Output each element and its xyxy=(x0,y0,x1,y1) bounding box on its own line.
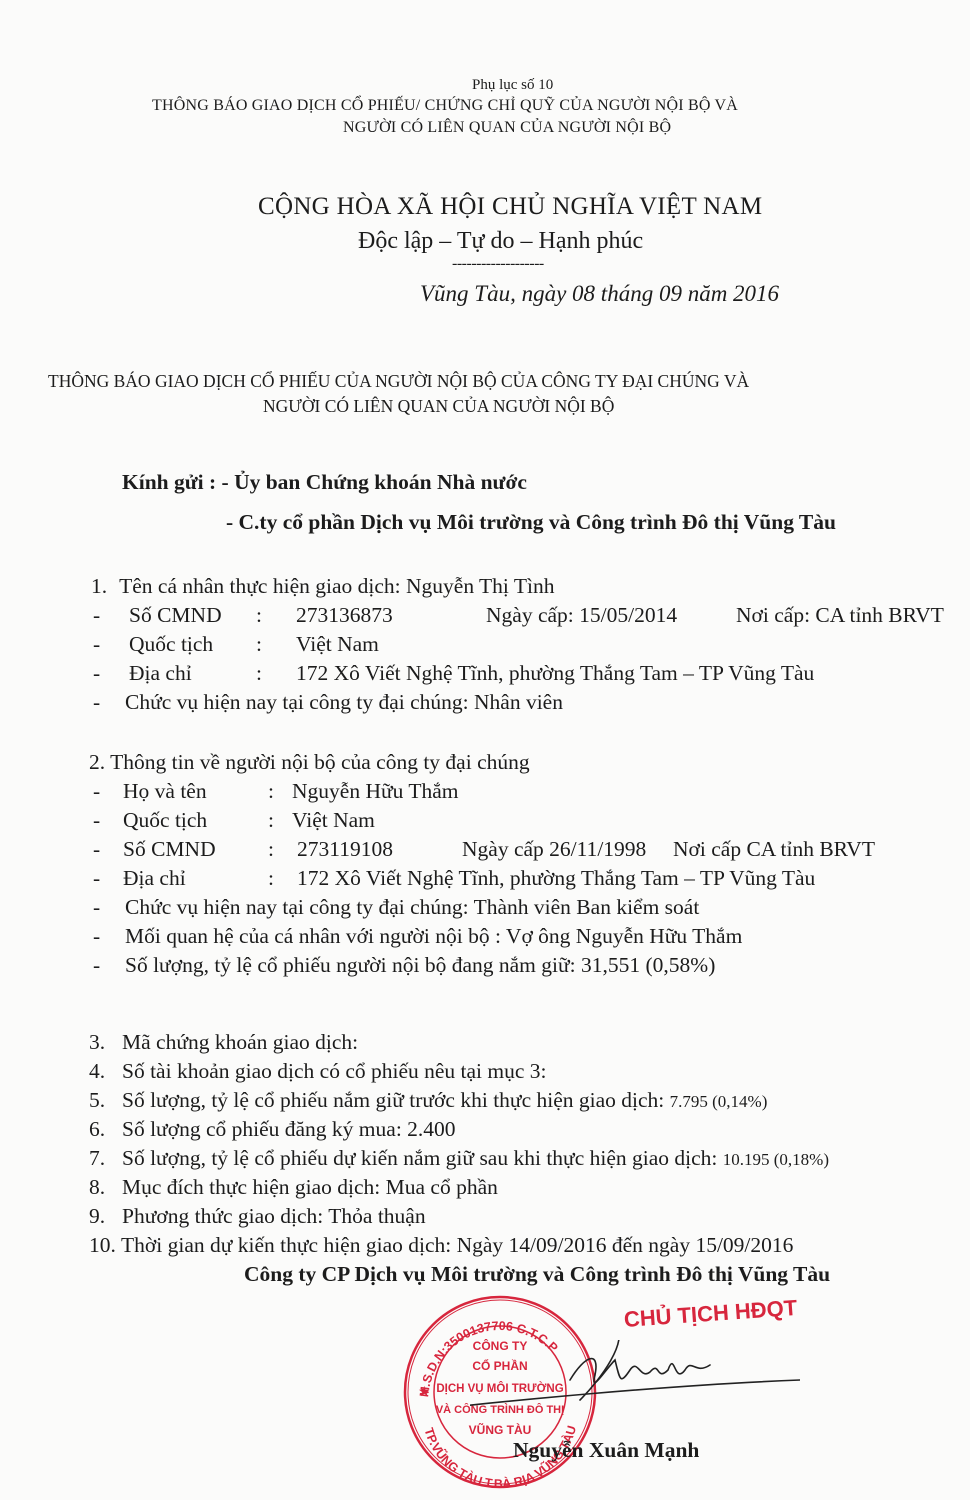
item-text: Số lượng, tỷ lệ cổ phiếu dự kiến nắm giữ… xyxy=(122,1146,723,1170)
insider-holding: Số lượng, tỷ lệ cổ phiếu người nội bộ đa… xyxy=(125,953,715,977)
notice-title-line1: THÔNG BÁO GIAO DỊCH CỔ PHIẾU/ CHỨNG CHỈ … xyxy=(152,95,738,117)
section2-position-row: -Chức vụ hiện nay tại công ty đại chúng:… xyxy=(93,895,699,920)
item-number: 7. xyxy=(89,1146,122,1171)
section1-id-row: -Số CMND:273136873Ngày cấp: 15/05/2014Nơ… xyxy=(93,603,944,628)
insider-position: Chức vụ hiện nay tại công ty đại chúng: … xyxy=(125,895,699,919)
transaction-item: 8.Mục đích thực hiện giao dịch: Mua cổ p… xyxy=(89,1175,498,1200)
section2-nationality-row: -Quốc tịch:Việt Nam xyxy=(93,808,375,833)
recipient-label: Kính gửi : xyxy=(122,470,222,494)
position-value: Chức vụ hiện nay tại công ty đại chúng: … xyxy=(125,690,563,714)
item-number: 4. xyxy=(89,1059,122,1084)
signer-name: Nguyễn Xuân Mạnh xyxy=(513,1438,699,1463)
item-value: 7.795 (0,14%) xyxy=(670,1092,768,1111)
item-text: Mục đích thực hiện giao dịch: Mua cổ phầ… xyxy=(122,1175,498,1199)
item-text: Số lượng, tỷ lệ cổ phiếu nắm giữ trước k… xyxy=(122,1088,670,1112)
item-number: 3. xyxy=(89,1030,122,1055)
recipient-2: - C.ty cổ phần Dịch vụ Môi trường và Côn… xyxy=(226,510,836,535)
id-issue-date: Ngày cấp: 15/05/2014 xyxy=(486,603,736,628)
item-text: Thời gian dự kiến thực hiện giao dịch: N… xyxy=(121,1233,793,1257)
section1-heading: 1.Tên cá nhân thực hiện giao dịch: Nguyễ… xyxy=(91,574,555,599)
item-number: 8. xyxy=(89,1175,122,1200)
item-text: Số lượng cổ phiếu đăng ký mua: 2.400 xyxy=(122,1117,456,1141)
item-text: Mã chứng khoán giao dịch: xyxy=(122,1030,358,1054)
item-value: 10.195 (0,18%) xyxy=(723,1150,829,1169)
transaction-item: 10.Thời gian dự kiến thực hiện giao dịch… xyxy=(89,1233,793,1258)
section2-address-row: -Địa chỉ:172 Xô Viết Nghệ Tĩnh, phường T… xyxy=(93,866,815,891)
insider-id-issue-date: Ngày cấp 26/11/1998 xyxy=(462,837,673,862)
item-text: Phương thức giao dịch: Thỏa thuận xyxy=(122,1204,426,1228)
company-signature-line: Công ty CP Dịch vụ Môi trường và Công tr… xyxy=(244,1262,830,1287)
signature-icon xyxy=(470,1340,800,1440)
separator: ------------------- xyxy=(452,255,544,273)
section1-number: 1. xyxy=(91,574,107,598)
recipient-line1: Kính gửi : - Ủy ban Chứng khoán Nhà nước xyxy=(122,470,527,495)
insider-nationality: Việt Nam xyxy=(292,808,375,832)
section2-heading: 2. Thông tin về người nội bộ của công ty… xyxy=(89,750,530,775)
transaction-item: 5.Số lượng, tỷ lệ cổ phiếu nắm giữ trước… xyxy=(89,1088,767,1113)
insider-id-label: Số CMND xyxy=(123,837,268,862)
id-label: Số CMND xyxy=(129,603,256,628)
insider-name-label: Họ và tên xyxy=(123,779,268,804)
section2-holding-row: -Số lượng, tỷ lệ cổ phiếu người nội bộ đ… xyxy=(93,953,715,978)
section1-position-row: -Chức vụ hiện nay tại công ty đại chúng:… xyxy=(93,690,563,715)
nationality-label: Quốc tịch xyxy=(129,632,256,657)
insider-nationality-label: Quốc tịch xyxy=(123,808,268,833)
transaction-item: 7.Số lượng, tỷ lệ cổ phiếu dự kiến nắm g… xyxy=(89,1146,829,1171)
insider-name: Nguyễn Hữu Thắm xyxy=(292,779,459,803)
recipient-1: - Ủy ban Chứng khoán Nhà nước xyxy=(222,470,527,494)
id-number: 273136873 xyxy=(296,603,486,628)
insider-address: 172 Xô Viết Nghệ Tĩnh, phường Thắng Tam … xyxy=(297,866,815,890)
republic-name: CỘNG HÒA XÃ HỘI CHỦ NGHĨA VIỆT NAM xyxy=(258,193,762,221)
item-number: 5. xyxy=(89,1088,122,1113)
chairman-title: CHỦ TỊCH HĐQT xyxy=(623,1295,798,1333)
insider-id-number: 273119108 xyxy=(297,837,462,862)
transaction-item: 9.Phương thức giao dịch: Thỏa thuận xyxy=(89,1204,426,1229)
item-number: 9. xyxy=(89,1204,122,1229)
section1-nationality-row: -Quốc tịch:Việt Nam xyxy=(93,632,379,657)
notice-title-line2: NGƯỜI CÓ LIÊN QUAN CỦA NGƯỜI NỘI BỘ xyxy=(343,117,671,139)
main-title-line1: THÔNG BÁO GIAO DỊCH CỔ PHIẾU CỦA NGƯỜI N… xyxy=(48,368,749,394)
id-issue-place: Nơi cấp: CA tỉnh BRVT xyxy=(736,603,944,627)
nationality-value: Việt Nam xyxy=(296,632,379,656)
relationship: Mối quan hệ của cá nhân với người nội bộ… xyxy=(125,924,742,948)
item-number: 6. xyxy=(89,1117,122,1142)
item-number: 10. xyxy=(89,1233,121,1258)
appendix-label: Phụ lục số 10 xyxy=(472,77,553,94)
item-text: Số tài khoản giao dịch có cổ phiếu nêu t… xyxy=(122,1059,547,1083)
section2-name-row: -Họ và tên:Nguyễn Hữu Thắm xyxy=(93,779,459,804)
address-label: Địa chỉ xyxy=(129,661,256,686)
insider-address-label: Địa chỉ xyxy=(123,866,268,891)
national-motto: Độc lập – Tự do – Hạnh phúc xyxy=(358,228,643,255)
section2-id-row: -Số CMND:273119108Ngày cấp 26/11/1998Nơi… xyxy=(93,837,875,862)
section1-address-row: -Địa chỉ:172 Xô Viết Nghệ Tĩnh, phường T… xyxy=(93,661,814,686)
place-date: Vũng Tàu, ngày 08 tháng 09 năm 2016 xyxy=(420,281,779,307)
address-value: 172 Xô Viết Nghệ Tĩnh, phường Thắng Tam … xyxy=(296,661,814,685)
transaction-item: 4.Số tài khoản giao dịch có cổ phiếu nêu… xyxy=(89,1059,547,1084)
main-title-line2: NGƯỜI CÓ LIÊN QUAN CỦA NGƯỜI NỘI BỘ xyxy=(263,393,614,419)
transaction-item: 6.Số lượng cổ phiếu đăng ký mua: 2.400 xyxy=(89,1117,456,1142)
insider-id-issue-place: Nơi cấp CA tỉnh BRVT xyxy=(673,837,875,861)
svg-text:★: ★ xyxy=(418,1383,431,1399)
section1-heading-text: Tên cá nhân thực hiện giao dịch: Nguyễn … xyxy=(119,574,554,598)
transaction-item: 3.Mã chứng khoán giao dịch: xyxy=(89,1030,358,1055)
section2-relationship-row: -Mối quan hệ của cá nhân với người nội b… xyxy=(93,924,742,949)
